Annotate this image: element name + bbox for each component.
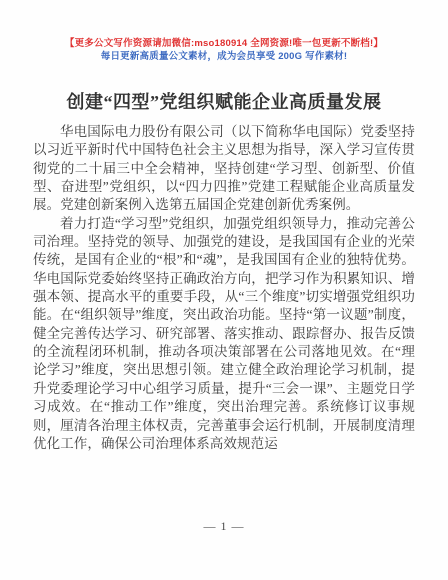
page-title: 创建“四型”党组织赋能企业高质量发展: [0, 90, 448, 114]
paragraph-2: 着力打造“学习型”党组织，加强党组织领导力，推动完善公司治理。坚持党的领导、加强…: [33, 215, 415, 453]
promo-line-blue: 每日更新高质量公文素材，成为会员享受 200G 写作素材!: [0, 50, 448, 63]
page-number: — 1 —: [0, 519, 448, 534]
promo-line-red: 【更多公文写作资源请加微信:mso180914 全网资源!唯一包更新不断档!】: [0, 37, 448, 50]
promo-watermark: 【更多公文写作资源请加微信:mso180914 全网资源!唯一包更新不断档!】 …: [0, 0, 448, 63]
paragraph-1: 华电国际电力股份有限公司（以下简称华电国际）党委坚持以习近平新时代中国特色社会主…: [33, 123, 415, 215]
body-text: 华电国际电力股份有限公司（以下简称华电国际）党委坚持以习近平新时代中国特色社会主…: [0, 123, 448, 453]
document-page: 【更多公文写作资源请加微信:mso180914 全网资源!唯一包更新不断档!】 …: [0, 0, 448, 580]
